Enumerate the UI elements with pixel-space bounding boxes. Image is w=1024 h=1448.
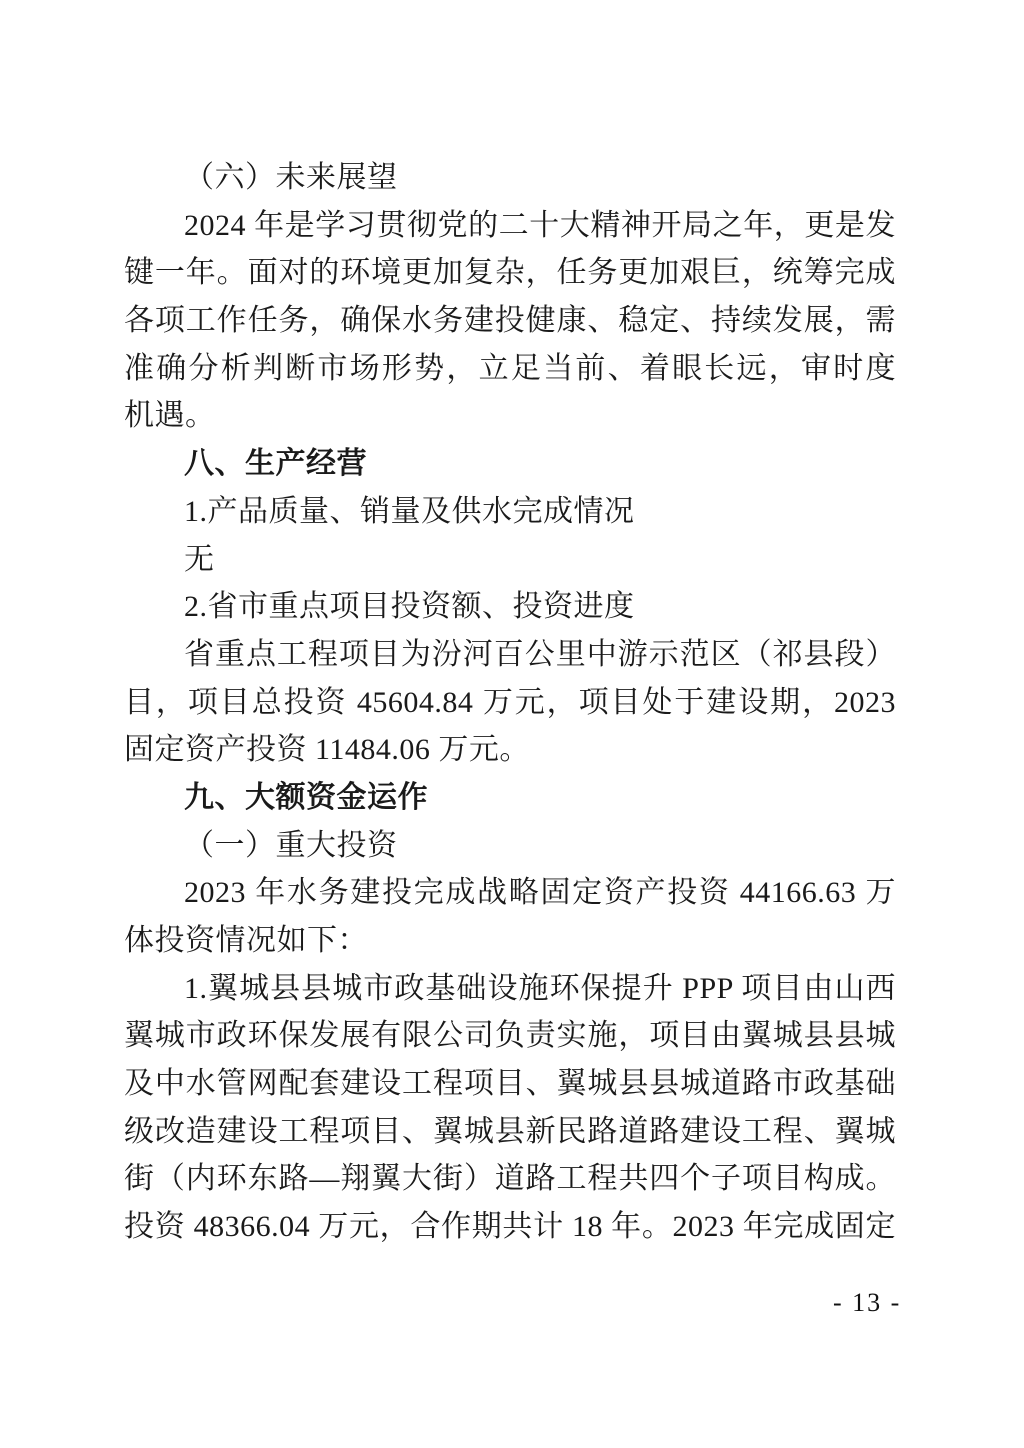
text-line: 准确分析判断市场形势，立足当前、着眼长远，审时度势，抓住 [124, 345, 896, 393]
text-line: 九、大额资金运作 [124, 774, 896, 822]
text-line: 无 [124, 536, 896, 584]
text-line: 2023 年水务建投完成战略固定资产投资 44166.63 万元。具 [124, 869, 896, 917]
text-line: 级改造建设工程项目、翼城县新民路道路建设工程、翼城县潞公 [124, 1108, 896, 1156]
text-line: 街（内环东路—翔翼大街）道路工程共四个子项目构成。项目总 [124, 1155, 896, 1203]
text-line: 省重点工程项目为汾河百公里中游示范区（祁县段）PPP 项 [124, 631, 896, 679]
hei-heading: 九、大额资金运作 [124, 774, 896, 822]
paragraph: 1.产品质量、销量及供水完成情况 [124, 488, 896, 536]
text-line: 八、生产经营 [124, 440, 896, 488]
text-line: （一）重大投资 [124, 822, 896, 870]
page-number: - 13 - [833, 1288, 901, 1317]
text-line: 各项工作任务，确保水务建投健康、稳定、持续发展，需要我们 [124, 297, 896, 345]
text-line: 1.产品质量、销量及供水完成情况 [124, 488, 896, 536]
paragraph: 2023 年水务建投完成战略固定资产投资 44166.63 万元。具体投资情况如… [124, 869, 896, 964]
document-content: （六）未来展望2024 年是学习贯彻党的二十大精神开局之年，更是发展关键一年。面… [124, 154, 896, 1251]
text-line: 2.省市重点项目投资额、投资进度 [124, 583, 896, 631]
paragraph: 省重点工程项目为汾河百公里中游示范区（祁县段）PPP 项目，项目总投资 4560… [124, 631, 896, 774]
paragraph: 1.翼城县县城市政基础设施环保提升 PPP 项目由山西水投翼城市政环保发展有限公… [124, 965, 896, 1251]
document-page: （六）未来展望2024 年是学习贯彻党的二十大精神开局之年，更是发展关键一年。面… [0, 0, 1024, 1448]
text-line: 体投资情况如下： [124, 917, 896, 965]
page-footer: - 13 - [833, 1288, 953, 1318]
kai-heading: （一）重大投资 [124, 822, 896, 870]
hei-heading: 八、生产经营 [124, 440, 896, 488]
text-line: 目，项目总投资 45604.84 万元，项目处于建设期，2023 年完成 [124, 679, 896, 727]
kai-heading: （六）未来展望 [124, 154, 896, 202]
text-line: 投资 48366.04 万元，合作期共计 18 年。2023 年完成固定资产 [124, 1203, 896, 1251]
paragraph: 2.省市重点项目投资额、投资进度 [124, 583, 896, 631]
text-line: 键一年。面对的环境更加复杂，任务更加艰巨，统筹完成好全年 [124, 249, 896, 297]
paragraph: 2024 年是学习贯彻党的二十大精神开局之年，更是发展关键一年。面对的环境更加复… [124, 202, 896, 440]
paragraph: 无 [124, 536, 896, 584]
text-line: 1.翼城县县城市政基础设施环保提升 PPP 项目由山西水投 [124, 965, 896, 1013]
text-line: 2024 年是学习贯彻党的二十大精神开局之年，更是发展关 [124, 202, 896, 250]
text-line: 翼城市政环保发展有限公司负责实施，项目由翼城县县城雨污水 [124, 1012, 896, 1060]
text-line: （六）未来展望 [124, 154, 896, 202]
text-line: 固定资产投资 11484.06 万元。 [124, 726, 896, 774]
text-line: 及中水管网配套建设工程项目、翼城县县城道路市政基础设施升 [124, 1060, 896, 1108]
text-line: 机遇。 [124, 392, 896, 440]
